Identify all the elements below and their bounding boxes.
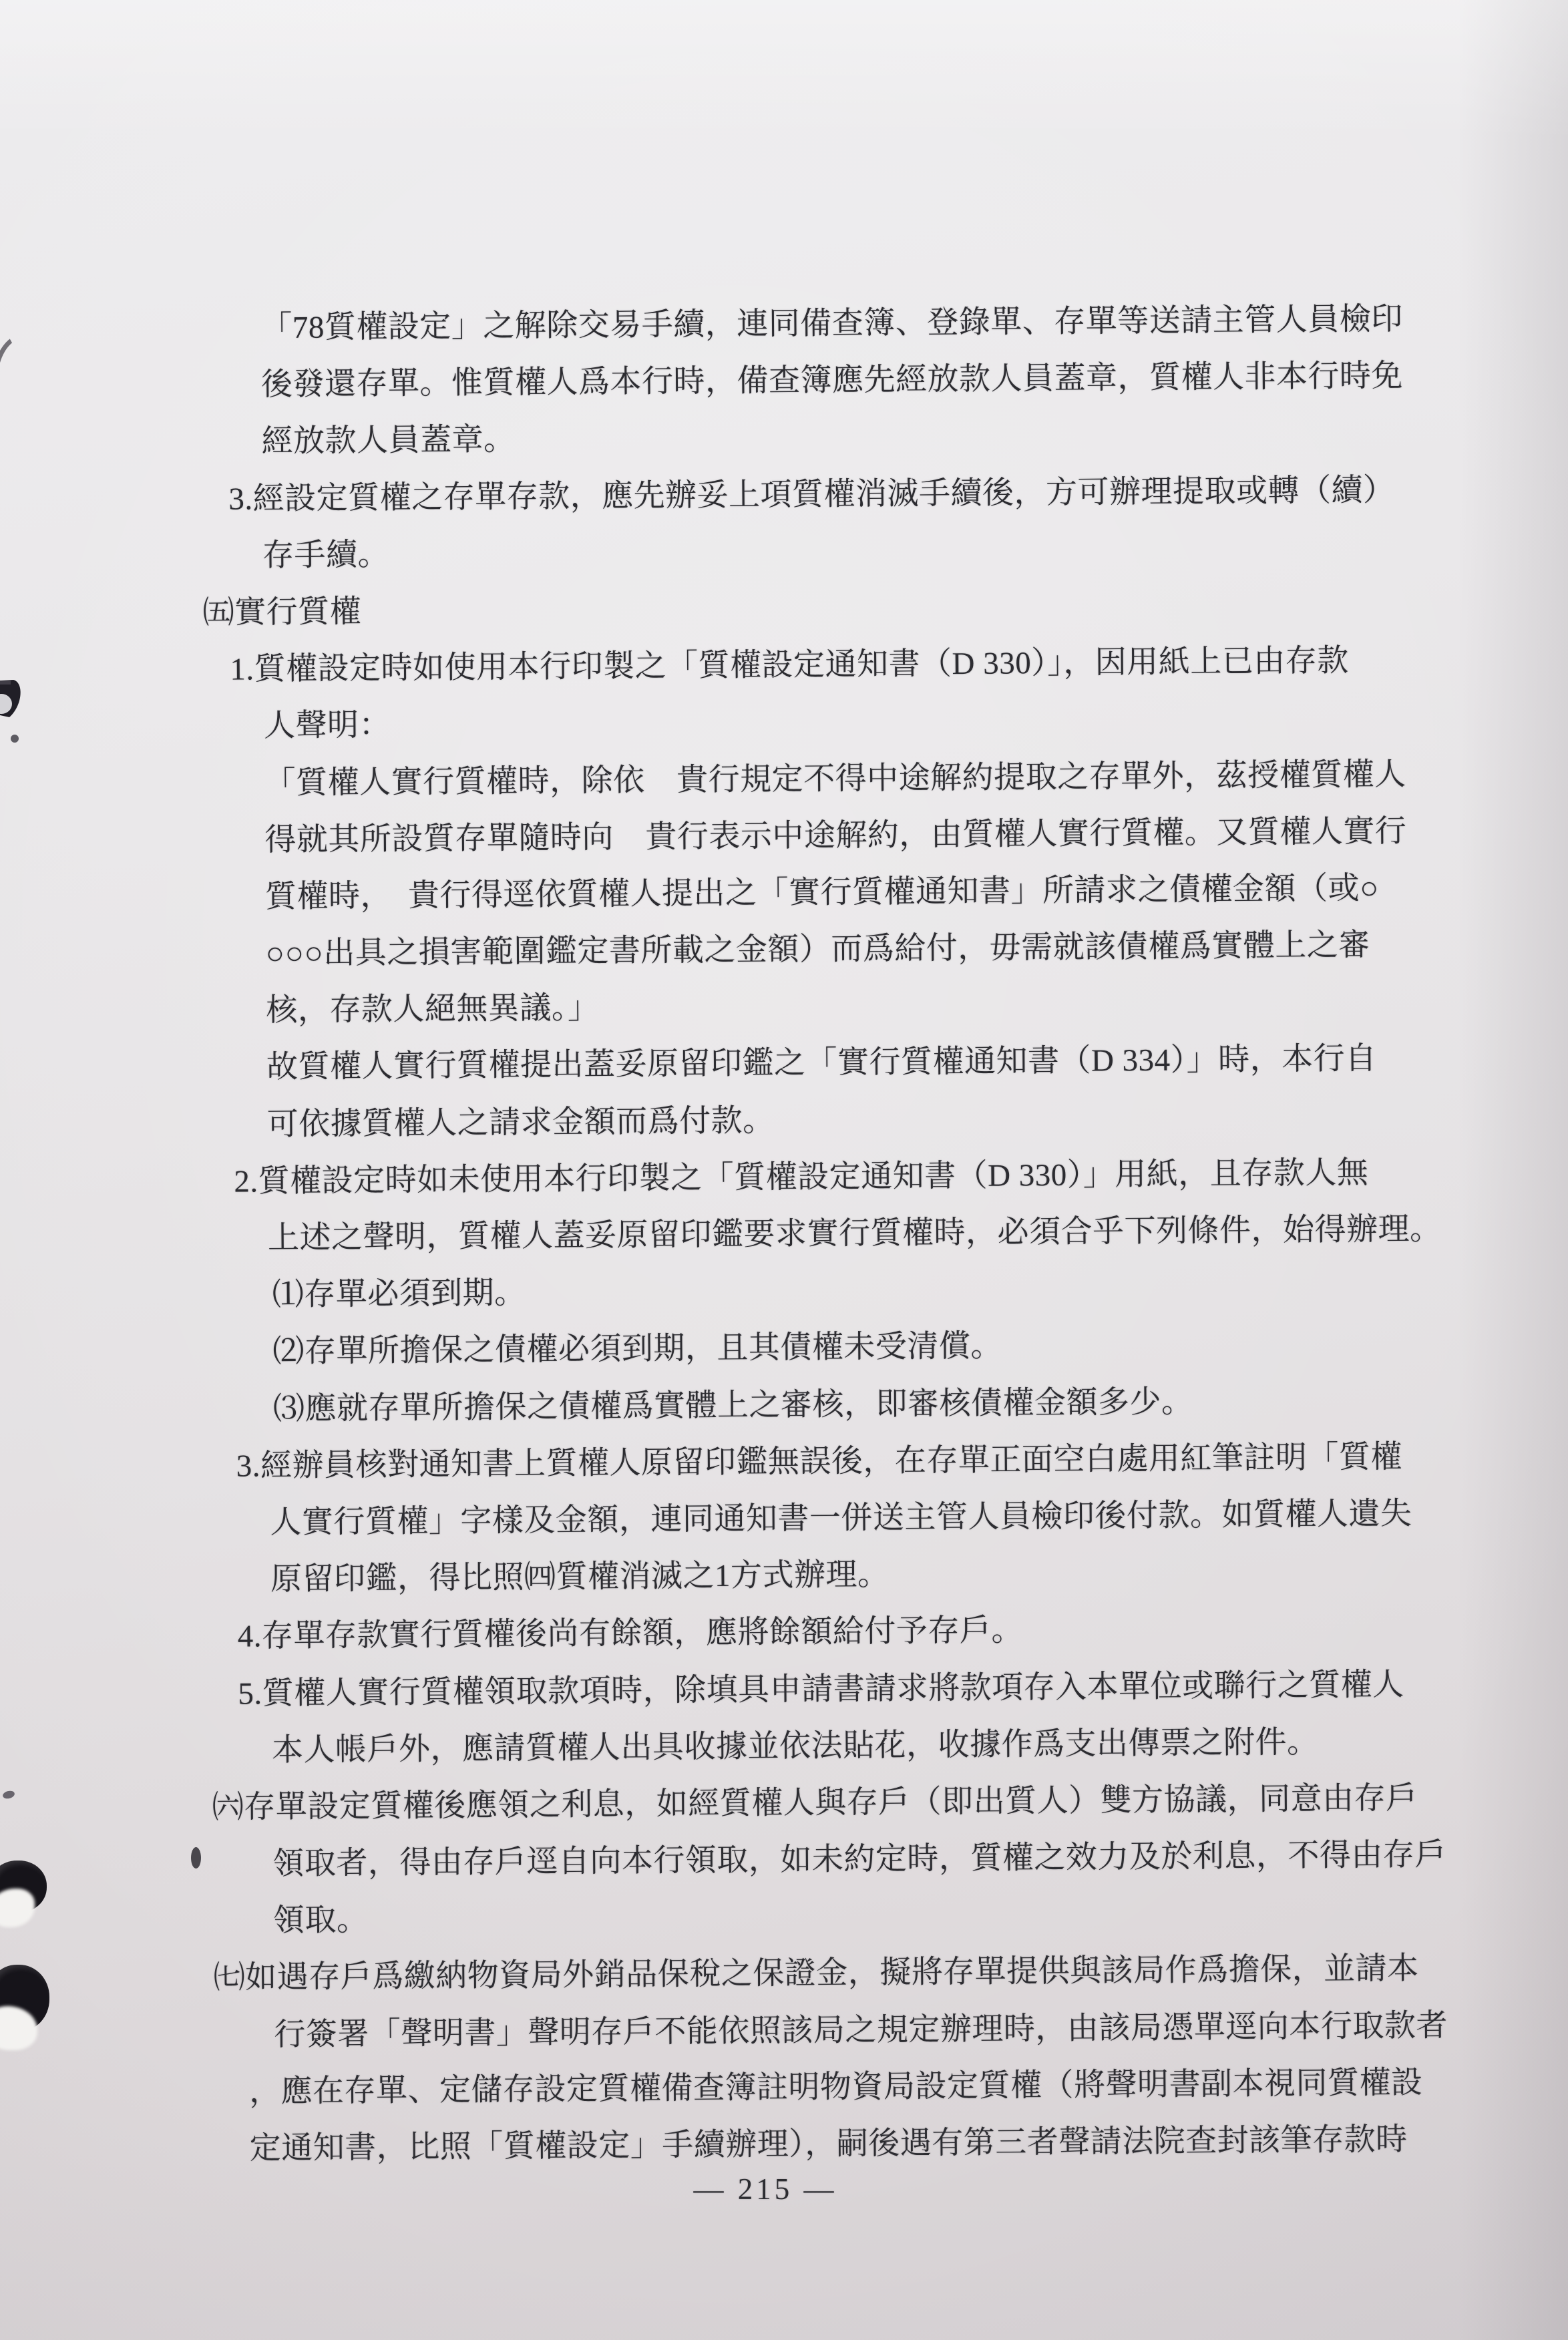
text-line: 定通知書，比照「質權設定」手續辦理），嗣後遇有第三者聲請法院查封該筆存款時 — [214, 2112, 1430, 2178]
text-line: ○○○出具之損害範圍鑑定書所載之金額）而爲給付，毋需就該債權爲實體上之審 — [205, 917, 1421, 983]
text-line: 原留印鑑，得比照㈣質權消滅之1方式辦理。 — [210, 1543, 1426, 1609]
paper-fiber — [0, 1889, 35, 1927]
section-heading: ㈦如遇存戶爲繳納物資局外銷品保稅之保證金，擬將存單提供與該局作爲擔保，並請本 — [213, 1941, 1429, 2007]
text-line: ，應在存單、定儲存設定質權備查簿註明物資局設定質權（將聲明書副本視同質權設 — [214, 2054, 1430, 2120]
text-line: 1.質權設定時如使用本行印製之「質權設定通知書（D 330）」，因用紙上已由存款 — [203, 632, 1419, 699]
ink-speck — [11, 735, 19, 743]
text-line: 4.存單存款實行質權後尚有餘額，應將餘額給付予存戶。 — [210, 1599, 1426, 1666]
text-line: 領取。 — [213, 1884, 1429, 1950]
section-heading: ㈥存單設定質權後應領之利息，如經質權人與存戶（即出質人）雙方協議，同意由存戶 — [212, 1770, 1428, 1836]
text-line: ⑶應就存單所擔保之債權爲實體上之審核，即審核債權金額多少。 — [209, 1372, 1425, 1438]
text-line: 得就其所設質存單隨時向 貴行表示中途解約，由質權人實行質權。又質權人實行 — [204, 803, 1420, 869]
text-line: 3.經辦員核對通知書上質權人原留印鑑無誤後，在存單正面空白處用紅筆註明「質權 — [209, 1428, 1425, 1495]
page-number: — 215 — — [678, 2172, 852, 2206]
text-line: 行簽署「聲明書」聲明存戶不能依照該局之規定辦理時，由該局憑單逕向本行取款者 — [214, 1997, 1430, 2064]
text-line: 領取者，得由存戶逕自向本行領取，如未約定時，質權之效力及於利息，不得由存戶 — [212, 1827, 1428, 1893]
section-heading: ㈤實行質權 — [202, 576, 1418, 642]
text-line: 「質權人實行質權時，除依 貴行規定不得中途解約提取之存單外，茲授權質權人 — [204, 746, 1420, 812]
text-line: 經放款人員蓋章。 — [201, 405, 1417, 471]
text-block: 「78質權設定」之解除交易手續，連同備查簿、登錄單、存單等送請主管人員檢印 後發… — [200, 291, 1430, 2178]
text-line: 質權時， 貴行得逕依質權人提出之「實行質權通知書」所請求之債權金額（或○ — [205, 860, 1421, 926]
binder-arc-mark — [0, 329, 45, 405]
text-line: ⑴存單必須到期。 — [208, 1258, 1424, 1324]
text-line: 人實行質權」字樣及金額，連同通知書一併送主管人員檢印後付款。如質權人遺失 — [210, 1486, 1426, 1552]
ink-speck — [191, 1847, 201, 1869]
text-line: 人聲明： — [204, 689, 1420, 755]
text-line: 故質權人實行質權提出蓋妥原留印鑑之「實行質權通知書（D 334）」時，本行自 — [206, 1030, 1422, 1097]
text-line: 後發還存單。惟質權人爲本行時，備查簿應先經放款人員蓋章，質權人非本行時免 — [201, 348, 1417, 414]
binder-clip-mark — [0, 626, 39, 760]
text-line: 3.經設定質權之存單存款，應先辦妥上項質權消滅手續後，方可辦理提取或轉（續） — [202, 461, 1418, 528]
text-line: ⑵存單所擔保之債權必須到期，且其債權未受清償。 — [208, 1315, 1424, 1381]
text-line: 存手續。 — [202, 518, 1418, 584]
text-line: 本人帳戶外，應請質權人出具收據並依法貼花，收據作爲支出傳票之附件。 — [212, 1713, 1428, 1779]
text-line: 「78質權設定」之解除交易手續，連同備查簿、登錄單、存單等送請主管人員檢印 — [200, 291, 1416, 357]
scanned-document-page: 「78質權設定」之解除交易手續，連同備查簿、登錄單、存單等送請主管人員檢印 後發… — [0, 0, 1568, 2340]
ink-speck — [2, 1790, 15, 1800]
text-line: 5.質權人實行質權領取款項時，除填具申請書請求將款項存入本單位或聯行之質權人 — [211, 1656, 1427, 1722]
text-line: 2.質權設定時如未使用本行印製之「質權設定通知書（D 330）」用紙，且存款人無 — [207, 1144, 1423, 1210]
text-line: 可依據質權人之請求金額而爲付款。 — [206, 1087, 1422, 1153]
text-line: 上述之聲明，質權人蓋妥原留印鑑要求實行質權時，必須合乎下列條件，始得辦理。 — [208, 1201, 1424, 1267]
text-line: 核，存款人絕無異議。」 — [206, 974, 1422, 1040]
